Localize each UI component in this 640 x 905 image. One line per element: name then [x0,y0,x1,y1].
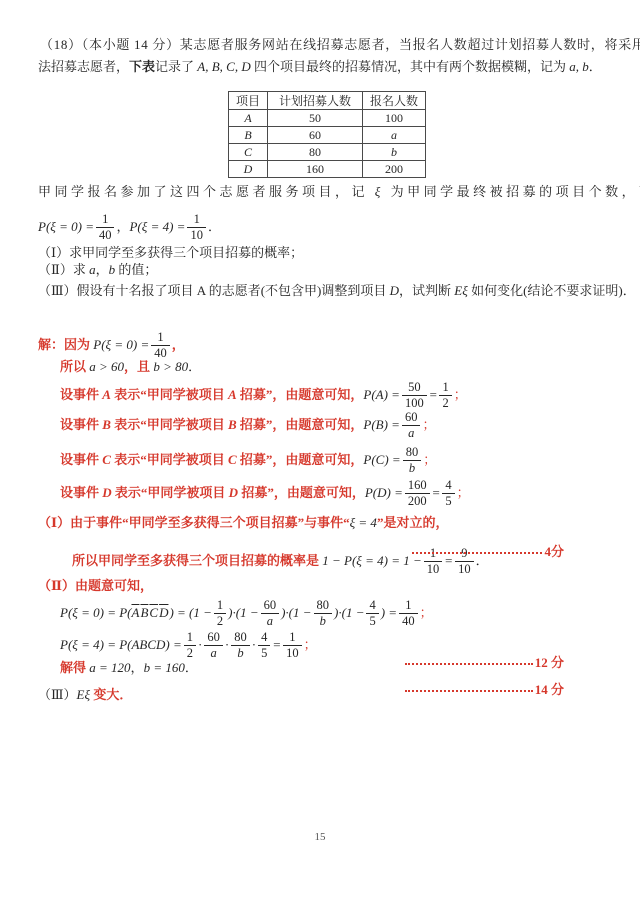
dotted-leader [405,686,533,692]
fraction-denominator: 2 [184,645,196,660]
fraction-numerator: 1 [187,213,206,227]
fraction-denominator: b [314,613,333,628]
question-text: ， [96,262,109,277]
math-inline: · [252,637,256,652]
math-inline: ) = (1 − [169,605,211,620]
table-cell: C [229,144,268,161]
solution-text: 招募”，由题意可知， [237,452,364,467]
solution-formula-xi0: P(ξ = 0) = P(ABCD) = (1 −12)·(1 −60a)·(1… [60,597,433,629]
solution-text: 招募”，由题意可知， [237,387,364,402]
math-inline: a, b [569,59,589,74]
solution-text: （Ⅱ）由题意可知， [38,578,153,593]
question-text: ，试判断 [399,283,454,298]
problem-text: ， [116,219,129,234]
math-inline: P(A) = [363,387,400,402]
fraction-numerator: 80 [314,599,333,613]
fraction-denominator: 2 [439,395,451,410]
fraction-denominator: 10 [187,227,206,242]
solution-ab-values: 解得 a = 120，b = 160．12 分 [60,660,602,676]
fraction-denominator: a [261,613,280,628]
solution-text: ． [185,660,198,675]
question-text: 的值； [115,262,157,277]
score-label: 4分 [544,544,564,559]
fraction-denominator: a [204,645,223,660]
question-text: （Ⅲ）假设有十名报了项目 [38,283,197,298]
solution-text: 设事件 [60,452,102,467]
fraction: 140 [96,213,115,242]
solution-event-D: 设事件 D 表示“甲同学被项目 D 招募”，由题意可知，P(D) =160200… [60,477,470,509]
math-inline: ) = [381,605,397,620]
solution-text: 表示“甲同学被项目 [111,417,228,432]
fraction: 140 [399,599,418,628]
math-inline: P(C) = [363,452,400,467]
problem-text: 记录了 [155,59,197,74]
score-label: 14 分 [535,682,564,697]
fraction-denominator: 100 [402,395,427,410]
solution-event-B: 设事件 B 表示“甲同学被项目 B 招募”，由题意可知，P(B) =60a； [60,409,435,441]
question-text: 如何变化(结论不要求证明)． [468,283,636,298]
table-header-row: 项目 计划招募人数 报名人数 [229,92,426,110]
fraction-numerator: 4 [442,479,454,493]
problem-text: 甲同学报名参加了这四个志愿者服务项目，记 [38,184,375,199]
table-header-cell: 计划招募人数 [268,92,363,110]
given-probability-formula: P(ξ = 0) =140，P(ξ = 4) =110． [38,211,221,243]
solution-text: ； [454,387,467,402]
fraction: 12 [214,599,226,628]
table-cell: 50 [268,110,363,127]
event-letter: A [228,387,237,402]
solution-part-1-answer: 所以甲同学至多获得三个项目招募的概率是 1 − P(ξ = 4) = 1 −11… [72,545,602,577]
fraction-numerator: 80 [231,631,250,645]
math-inline: P(ξ = 4) = P(ABCD) = [60,637,182,652]
math-inline: P(D) = [365,485,403,500]
math-inline: )·(1 − [334,605,364,620]
solution-text: 所以甲同学至多获得三个项目招募的概率是 [72,553,322,568]
math-inline: D [390,283,399,298]
fraction: 60a [402,411,421,440]
problem-text: 为甲同学最终被招募的项目个数，已知 [384,184,640,199]
fraction-denominator: 10 [283,645,302,660]
question-text: （Ⅱ）求 [38,262,89,277]
overline-letter: C [149,605,158,620]
fraction: 45 [442,479,454,508]
fraction-denominator: 5 [258,645,270,660]
math-inline: a > 60 [89,359,124,374]
table-cell: 60 [268,127,363,144]
math-inline: Eξ [454,283,468,298]
fraction-numerator: 1 [283,631,302,645]
math-inline: · [198,637,202,652]
emphasis-text: 下表 [129,59,155,74]
fraction-numerator: 50 [402,381,427,395]
fraction-numerator: 1 [96,213,115,227]
fraction-denominator: 2 [214,613,226,628]
question-text: 的志愿者(不包含甲)调整到项目 [205,283,389,298]
table-cell: D [229,161,268,178]
event-letter: A [102,387,111,402]
fraction-numerator: 4 [366,599,378,613]
math-inline: a = 120 [89,660,130,675]
document-page: （18）（本小题 14 分）某志愿者服务网站在线招募志愿者，当报名人数超过计划招… [0,0,640,905]
math-inline: A, B, C, D [197,59,250,74]
math-inline: Eξ [77,687,91,702]
fraction: 45 [258,631,270,660]
event-letter: B [228,417,237,432]
event-letter: D [102,485,111,500]
fraction-numerator: 160 [405,479,430,493]
fraction-numerator: 60 [402,411,421,425]
solution-text: 解得 [60,660,89,675]
solution-text: ； [304,637,317,652]
math-inline: ξ = 4 [350,515,377,530]
fraction-denominator: 40 [96,227,115,242]
fraction-denominator: a [402,425,421,440]
solution-part-1: （Ⅰ）由于事件“甲同学至多获得三个项目招募”与事件“ξ = 4”是对立的， [38,515,448,531]
fraction: 80b [314,599,333,628]
fraction-numerator: 1 [439,381,451,395]
fraction-denominator: 40 [399,613,418,628]
solution-text: 设事件 [60,485,102,500]
solution-text: 招募”，由题意可知， [238,485,365,500]
math-inline: = [429,387,438,402]
question-item-1: （Ⅰ）求甲同学至多获得三个项目招募的概率； [38,245,303,261]
solution-text: 设事件 [60,417,102,432]
solution-text: ； [422,417,435,432]
solution-text: ； [457,485,470,500]
dotted-leader [412,548,542,554]
fraction: 60a [204,631,223,660]
problem-text: （18）（本小题 14 分）某志愿者服务网站在线招募志愿者，当报名人数超过计划招… [40,37,640,52]
math-inline: = [432,485,441,500]
math-inline: b = 160 [144,660,185,675]
math-inline: P(ξ = 4) = [129,219,185,234]
recruitment-table: 项目 计划招募人数 报名人数 A 50 100 B 60 a C 80 b D … [228,91,426,178]
math-inline: P(ξ = 0) = P( [60,605,131,620]
fraction: 12 [184,631,196,660]
fraction-numerator: 1 [214,599,226,613]
table-cell: 100 [363,110,426,127]
solution-text: （Ⅲ） [38,687,77,702]
problem-text: ． [208,219,221,234]
solution-text: ； [423,452,436,467]
fraction: 80b [403,446,422,475]
solution-event-C: 设事件 C 表示“甲同学被项目 C 招募”，由题意可知，P(C) =80b； [60,444,436,476]
problem-text: ． [589,59,602,74]
problem-text: 法招募志愿者， [38,59,129,74]
table-cell: a [363,127,426,144]
solution-text: 表示“甲同学被项目 [111,452,228,467]
table-cell: b [363,144,426,161]
table-cell: A [229,110,268,127]
fraction-denominator: 200 [405,493,430,508]
table-cell: B [229,127,268,144]
fraction-denominator: b [231,645,250,660]
solution-part-3: （Ⅲ）Eξ 变大．14 分 [38,687,602,703]
score-leader: 14 分 [405,682,564,698]
question-item-2: （Ⅱ）求 a，b 的值； [38,262,157,278]
solution-text: ． [188,359,201,374]
solution-event-A: 设事件 A 表示“甲同学被项目 A 招募”，由题意可知，P(A) =50100=… [60,379,467,411]
event-letter: B [102,417,111,432]
score-leader: 4分 [412,536,564,568]
fraction-numerator: 1 [151,331,170,345]
problem-line-2: 法招募志愿者，下表记录了 A, B, C, D 四个项目最终的招募情况，其中有两… [38,59,602,75]
solution-part-2: （Ⅱ）由题意可知， [38,578,153,594]
problem-line-1: （18）（本小题 14 分）某志愿者服务网站在线招募志愿者，当报名人数超过计划招… [40,37,640,53]
math-inline: P(ξ = 0) = [38,219,94,234]
math-inline: P(ξ = 0) = [93,337,149,352]
solution-text: 设事件 [60,387,102,402]
question-text: （Ⅰ）求甲同学至多获得三个项目招募的概率； [38,245,303,260]
solution-label: 解： [38,337,64,352]
fraction: 50100 [402,381,427,410]
score-label: 12 分 [535,655,564,670]
solution-text: 表示“甲同学被项目 [111,387,228,402]
solution-text: 所以 [60,359,89,374]
table-row: B 60 a [229,127,426,144]
fraction-numerator: 60 [261,599,280,613]
fraction: 140 [151,331,170,360]
table-header-cell: 项目 [229,92,268,110]
question-item-3: （Ⅲ）假设有十名报了项目 A 的志愿者(不包含甲)调整到项目 D，试判断 Eξ … [38,283,636,299]
overline-letter: B [140,605,148,620]
page-number: 15 [0,831,640,843]
fraction-numerator: 1 [184,631,196,645]
table-header-cell: 报名人数 [363,92,426,110]
table-row: A 50 100 [229,110,426,127]
math-inline: 1 − P(ξ = 4) = 1 − [322,553,422,568]
solution-text: 表示“甲同学被项目 [112,485,229,500]
fraction-numerator: 60 [204,631,223,645]
overline-letter: D [159,605,168,620]
event-letter: D [229,485,238,500]
fraction: 80b [231,631,250,660]
fraction-denominator: 40 [151,345,170,360]
math-inline: )·(1 − [281,605,311,620]
math-inline: b > 80 [153,359,188,374]
fraction: 110 [283,631,302,660]
solution-line-1: 解：因为 P(ξ = 0) =140， [38,329,185,361]
fraction: 45 [366,599,378,628]
table-row: C 80 b [229,144,426,161]
fraction-denominator: 5 [366,613,378,628]
solution-text: 变大． [90,687,132,702]
fraction-denominator: 5 [442,493,454,508]
solution-text: ， [131,660,144,675]
event-letter: C [102,452,111,467]
math-inline: = [272,637,281,652]
score-leader: 12 分 [405,655,564,671]
table-cell: 160 [268,161,363,178]
math-inline: )·(1 − [228,605,258,620]
fraction-denominator: b [403,460,422,475]
solution-text: 招募”，由题意可知， [237,417,364,432]
problem-line-3: 甲同学报名参加了这四个志愿者服务项目，记 ξ 为甲同学最终被招募的项目个数，已知 [38,184,640,200]
table-cell: 200 [363,161,426,178]
math-inline: P(B) = [363,417,400,432]
problem-text: 四个项目最终的招募情况，其中有两个数据模糊，记为 [251,59,570,74]
solution-text: ”是对立的， [377,515,449,530]
dotted-leader [405,659,533,665]
solution-line-2: 所以 a > 60，且 b > 80． [60,359,201,375]
solution-text: （Ⅰ）由于事件“甲同学至多获得三个项目招募”与事件“ [38,515,350,530]
solution-formula-xi4: P(ξ = 4) = P(ABCD) =12·60a·80b·45=110； [60,629,317,661]
fraction-numerator: 4 [258,631,270,645]
fraction: 12 [439,381,451,410]
table-row: D 160 200 [229,161,426,178]
fraction: 60a [261,599,280,628]
solution-text: 因为 [64,337,93,352]
solution-text: ，且 [124,359,153,374]
fraction-numerator: 80 [403,446,422,460]
fraction: 110 [187,213,206,242]
fraction: 160200 [405,479,430,508]
table-cell: 80 [268,144,363,161]
fraction-numerator: 1 [399,599,418,613]
solution-text: ； [420,605,433,620]
math-inline: · [225,637,229,652]
event-letter: C [228,452,237,467]
math-inline: ξ [375,184,384,199]
overline-letter: A [131,605,139,620]
solution-text: ， [172,337,185,352]
